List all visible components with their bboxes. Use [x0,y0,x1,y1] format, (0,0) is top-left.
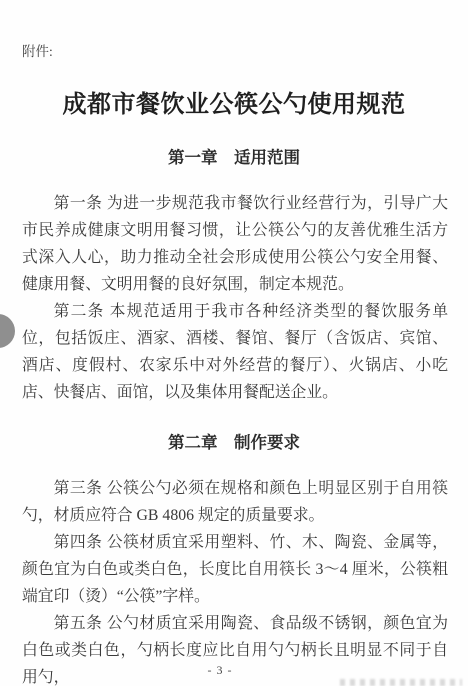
bottom-edge-scan-artifact [340,679,462,686]
attachment-label: 附件: [22,44,468,60]
document-title: 成都市餐饮业公筷公勺使用规范 [10,91,458,119]
article-4-paragraph: 第四条 公筷材质宜采用塑料、竹、木、陶瓷、金属等，颜色宜为白色或类白色，长度比自… [22,529,448,610]
document-page: 附件: 成都市餐饮业公筷公勺使用规范 第一章 适用范围 第一条 为进一步规范我市… [0,0,468,686]
article-1-paragraph: 第一条 为进一步规范我市餐饮行业经营行为，引导广大市民养成健康文明用餐习惯，让公… [22,190,448,298]
chapter-1-heading: 第一章 适用范围 [0,147,468,169]
hole-punch-scan-artifact [0,314,15,348]
article-2-paragraph: 第二条 本规范适用于我市各种经济类型的餐饮服务单位，包括饭庄、酒家、酒楼、餐馆、… [22,298,448,406]
chapter-2-heading: 第二章 制作要求 [0,432,468,454]
article-3-paragraph: 第三条 公筷公勺必须在规格和颜色上明显区别于自用筷勺，材质应符合 GB 4806… [22,475,448,529]
page-number: - 3 - [0,663,440,678]
chapter-2-body: 第三条 公筷公勺必须在规格和颜色上明显区别于自用筷勺，材质应符合 GB 4806… [22,475,448,686]
chapter-1-body: 第一条 为进一步规范我市餐饮行业经营行为，引导广大市民养成健康文明用餐习惯，让公… [22,190,448,406]
